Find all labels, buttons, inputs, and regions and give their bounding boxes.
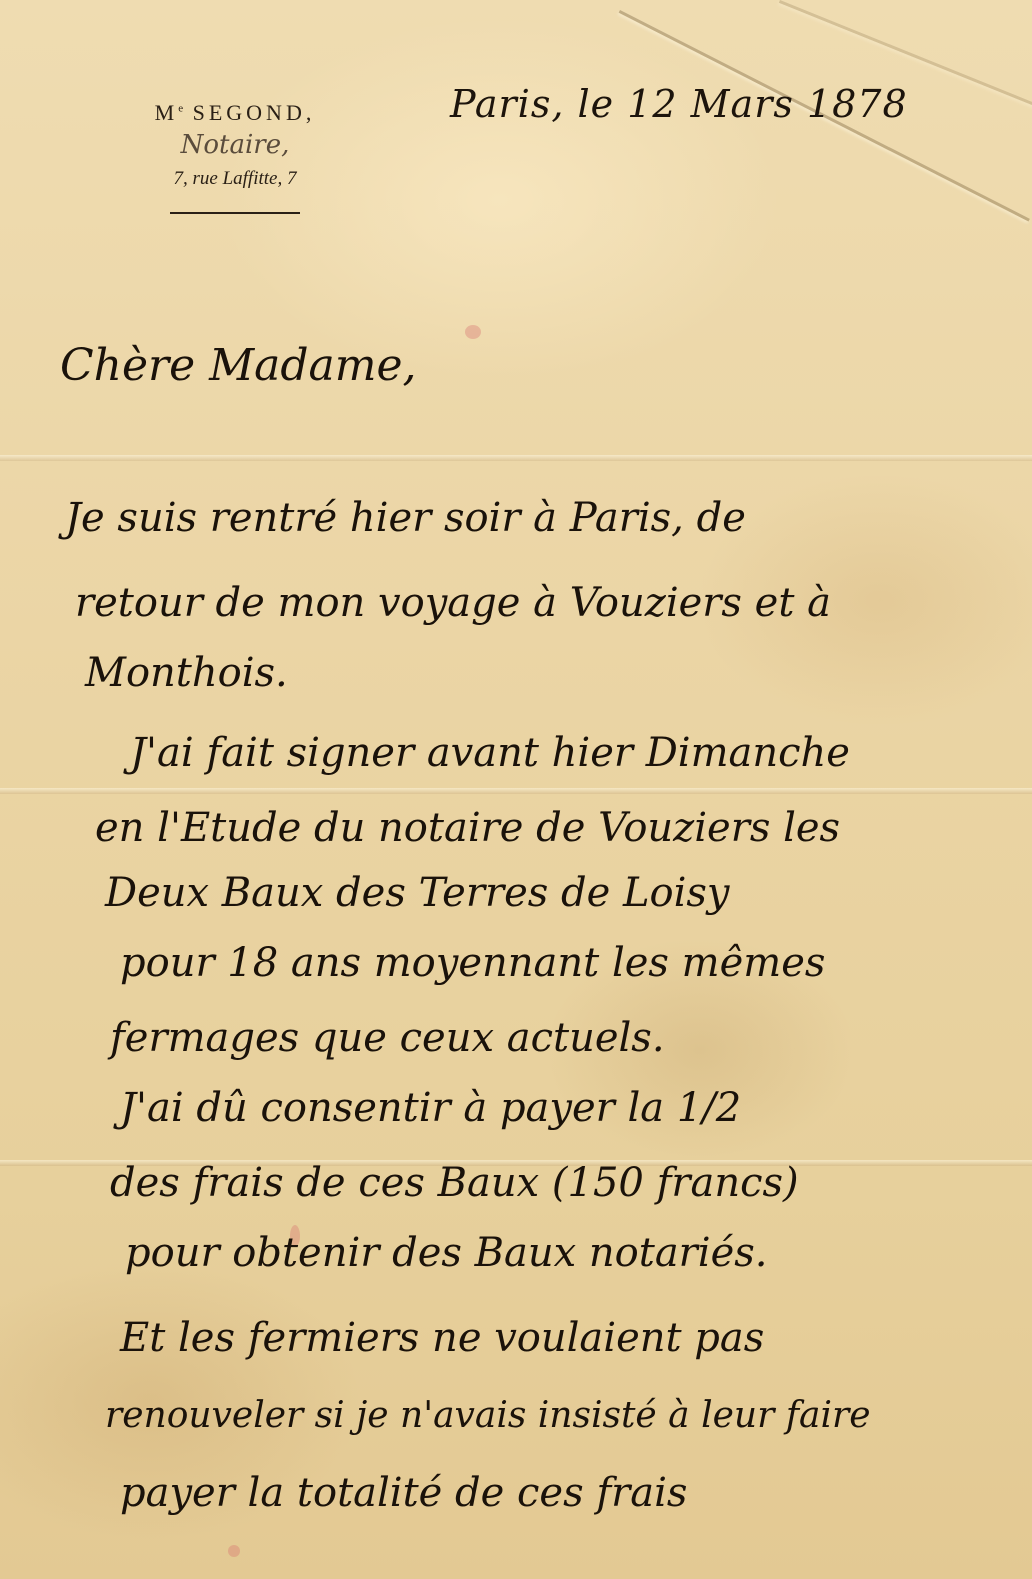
body-line: fermages que ceux actuels. [110,1015,665,1061]
letterhead: Me SEGOND, Notaire, 7, rue Laffitte, 7 [70,100,400,214]
ink-stain [465,325,481,339]
title-prefix: M [155,100,179,125]
body-line: des frais de ces Baux (150 francs) [110,1160,799,1206]
body-line: payer la totalité de ces frais [120,1470,687,1516]
paper-crease [0,788,1032,794]
body-line: Et les fermiers ne voulaient pas [120,1315,764,1361]
body-line: en l'Etude du notaire de Vouziers les [95,805,840,851]
salutation: Chère Madame, [60,340,417,391]
notary-name: Me SEGOND, [70,100,400,126]
body-line: renouveler si je n'avais insisté à leur … [105,1395,871,1436]
divider [170,212,300,214]
body-line: J'ai fait signer avant hier Dimanche [130,730,850,776]
name-text: SEGOND, [193,100,316,125]
body-line: J'ai dû consentir à payer la 1/2 [120,1085,741,1131]
body-line: pour obtenir des Baux notariés. [125,1230,768,1276]
ink-stain [228,1545,240,1557]
letter-page: Me SEGOND, Notaire, 7, rue Laffitte, 7 P… [0,0,1032,1579]
body-line: retour de mon voyage à Vouziers et à [75,580,831,626]
body-line: Je suis rentré hier soir à Paris, de [65,495,746,541]
dateline: Paris, le 12 Mars 1878 [450,82,908,126]
title-suffix: e [178,103,183,115]
paper-crease [0,455,1032,461]
body-line: pour 18 ans moyennant les mêmes [120,940,825,986]
profession: Notaire, [70,130,400,160]
address: 7, rue Laffitte, 7 [70,168,400,190]
body-line: Deux Baux des Terres de Loisy [105,870,730,916]
body-line: Monthois. [85,650,288,696]
